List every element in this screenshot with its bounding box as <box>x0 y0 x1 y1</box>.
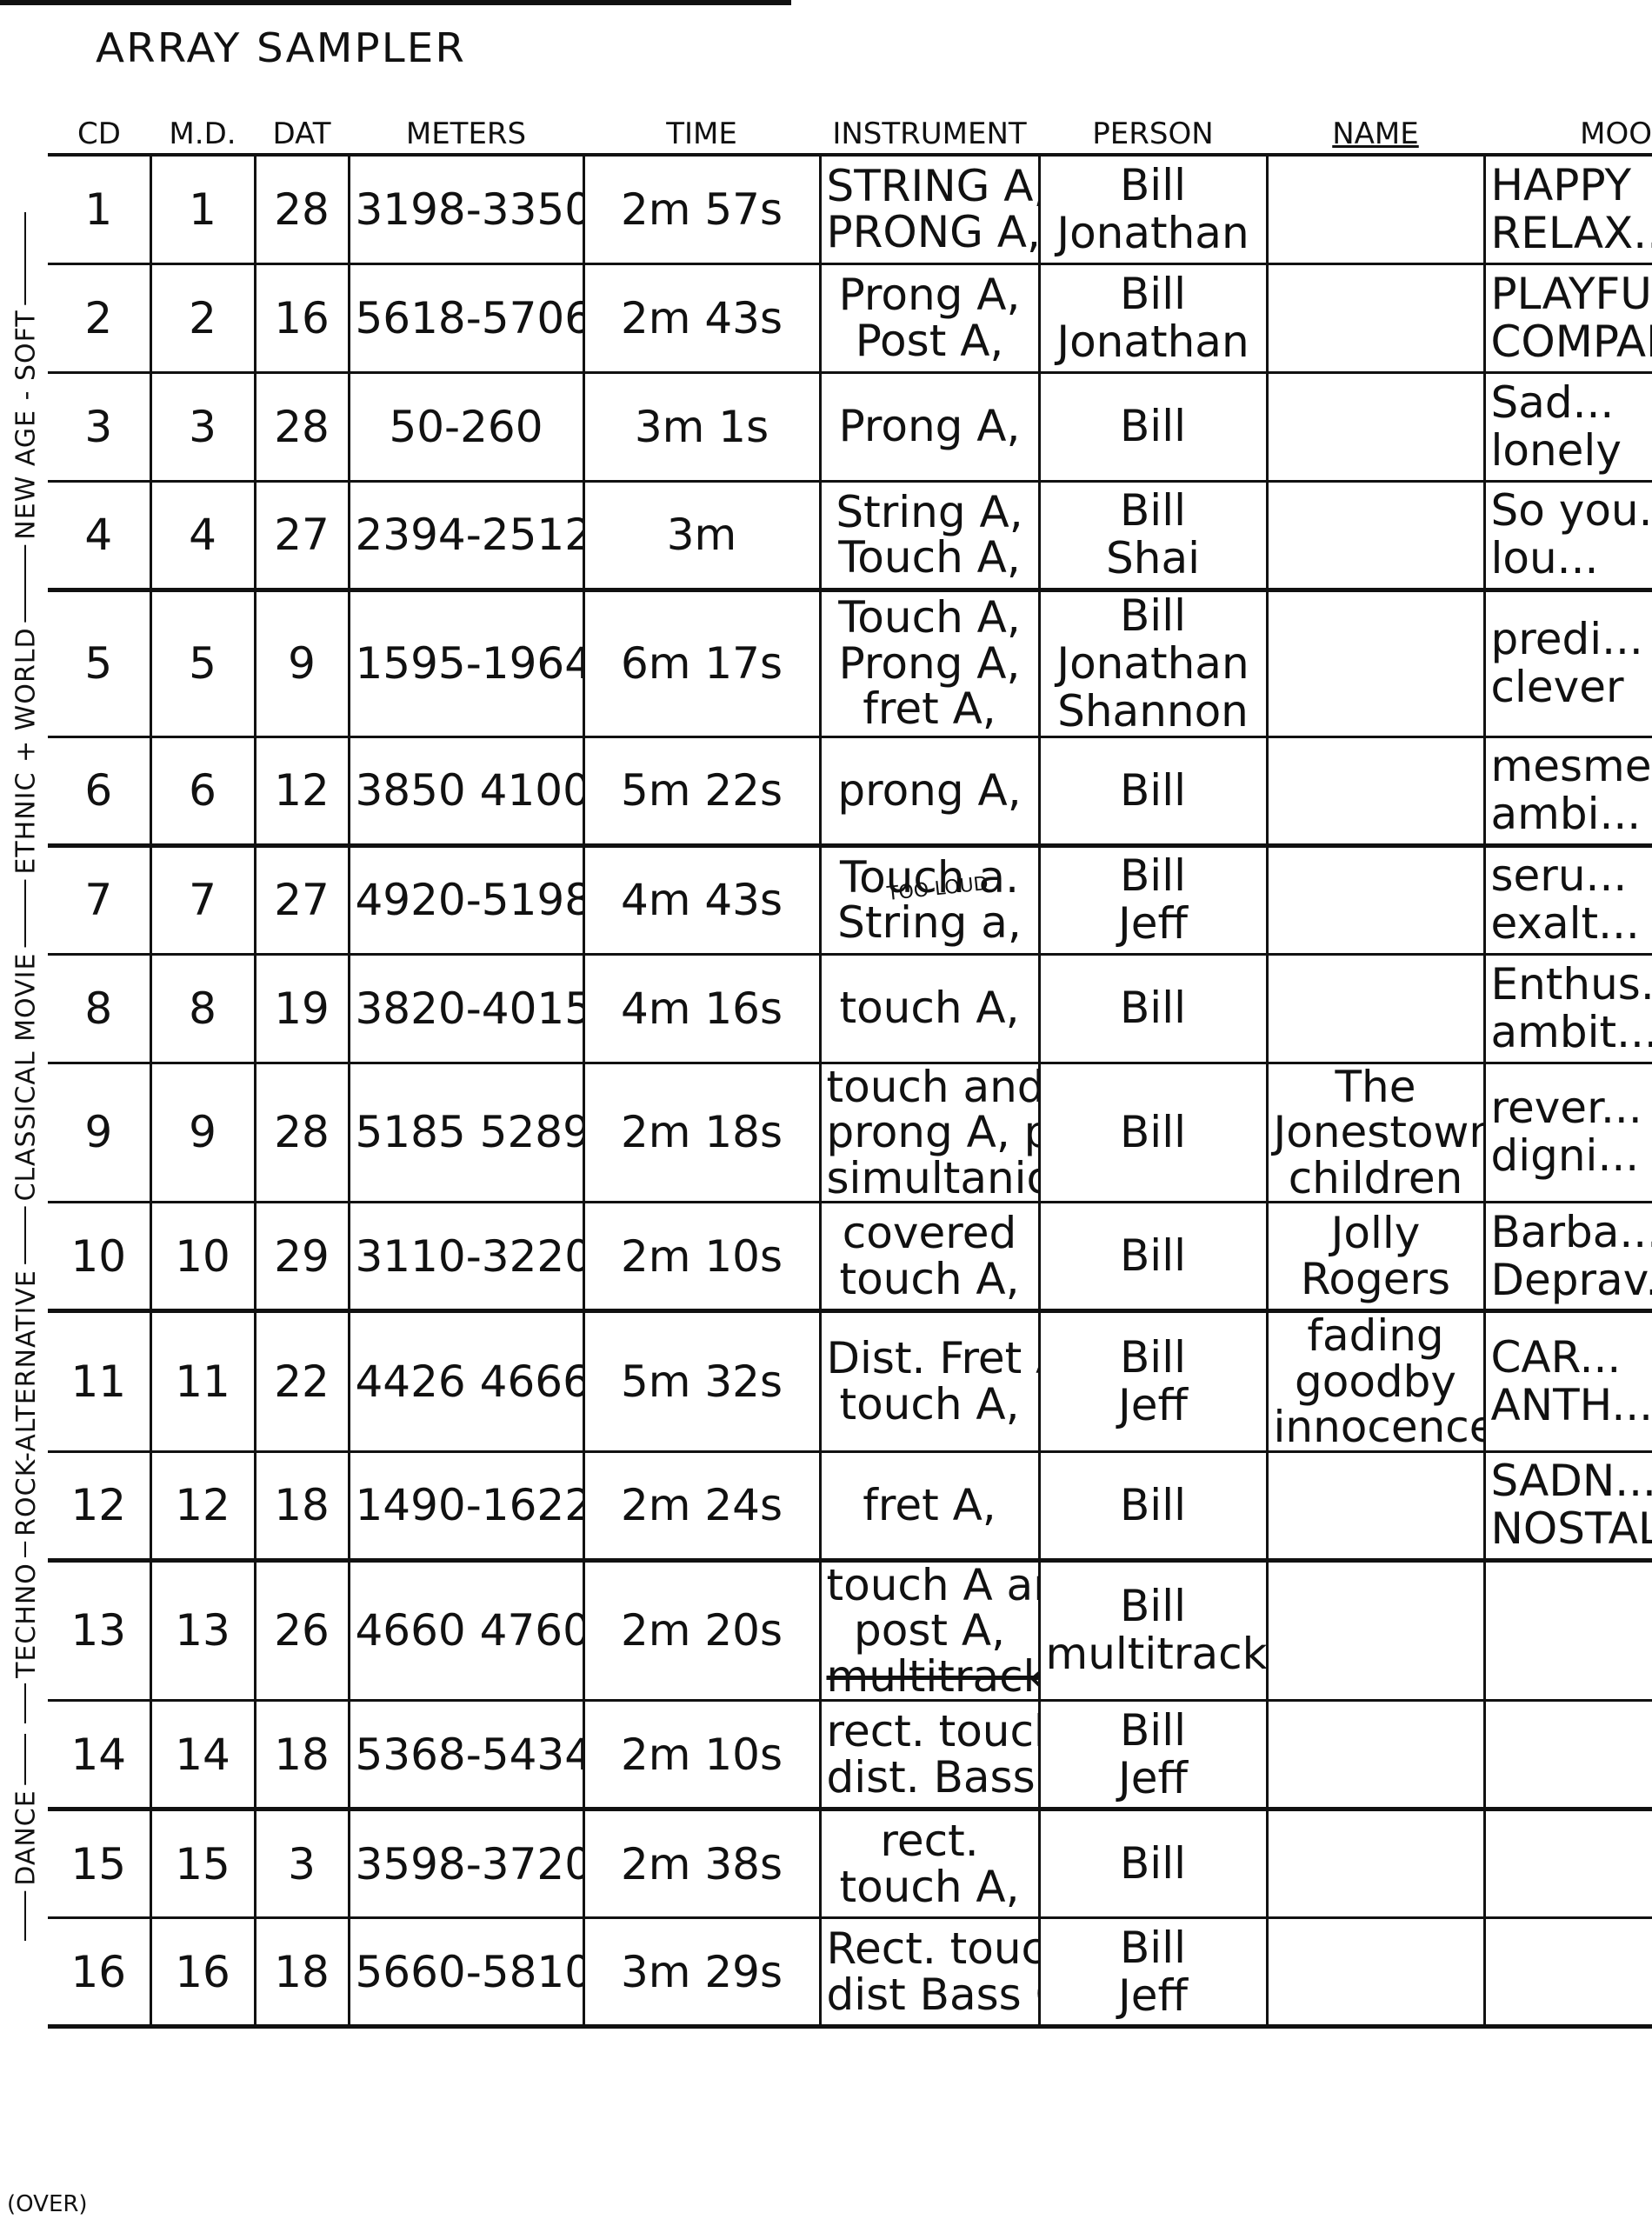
person-cell: Bill <box>1039 1203 1267 1311</box>
column-header-meters: METERS <box>349 103 583 155</box>
person-line: Jonathan <box>1046 640 1261 688</box>
mood-cell: seru...exalt... <box>1484 845 1652 954</box>
instrument-line: touch A, <box>827 1864 1033 1910</box>
meters-cell: 5368-5434 <box>349 1701 583 1809</box>
person-line: Bill <box>1046 1583 1261 1630</box>
meters-cell: 4660 4760 <box>349 1560 583 1701</box>
name-line: children <box>1274 1156 1478 1202</box>
dat-cell: 16 <box>255 263 349 372</box>
mood-line: clever <box>1491 663 1648 711</box>
person-cell: Billmultitrack <box>1039 1560 1267 1701</box>
person-line: Jeff <box>1046 1382 1261 1430</box>
dat-cell: 27 <box>255 845 349 954</box>
table-row: 11283198-33502m 57sSTRING A,PRONG A,Bill… <box>48 155 1652 263</box>
instrument-line: dist Bass G, <box>827 1972 1033 2018</box>
name-cell: fadinggoodbyinnocence <box>1267 1311 1484 1452</box>
table-row: 22165618-57062m 43sProng A,Post A,BillJo… <box>48 263 1652 372</box>
continued-over-note: (OVER) <box>7 2191 88 2217</box>
mood-line: Sad... <box>1491 379 1648 427</box>
genre-label: ROCK-ALTERNATIVE <box>0 1294 52 1511</box>
instrument-line: Prong A, <box>827 641 1033 687</box>
mood-line: PLAYFU... <box>1491 270 1648 318</box>
mood-line: predi... <box>1491 616 1648 663</box>
genre-label-text: ROCK-ALTERNATIVE <box>11 1264 42 1542</box>
mood-cell <box>1484 1809 1652 1918</box>
instrument-cell: rect.touch A, <box>820 1809 1039 1918</box>
cd-cell: 2 <box>48 263 150 372</box>
column-header-row: CDM.D.DATMETERSTIMEINSTRUMENTPERSONNAMEM… <box>48 103 1652 155</box>
genre-label: CLASSICAL MOVIE <box>0 859 52 1294</box>
mood-line: exalt... <box>1491 900 1648 948</box>
mood-line: lonely <box>1491 427 1648 475</box>
person-line: Bill <box>1046 1840 1261 1888</box>
instrument-line: fret A, <box>827 1483 1033 1529</box>
genre-label: ETHNIC + WORLD <box>0 642 52 859</box>
dat-cell: 28 <box>255 155 349 263</box>
instrument-cell: Prong A, <box>820 372 1039 481</box>
time-cell: 5m 32s <box>583 1311 820 1452</box>
instrument-line: simultaniously <box>827 1156 1033 1202</box>
genre-label-text: NEW AGE - SOFT <box>11 304 42 544</box>
mood-line: rever... <box>1491 1084 1648 1132</box>
instrument-line: Touch A, <box>827 535 1033 581</box>
person-cell: BillJeff <box>1039 1701 1267 1809</box>
instrument-line: fret A, <box>827 686 1033 732</box>
dat-cell: 18 <box>255 1701 349 1809</box>
person-cell: Bill <box>1039 954 1267 1063</box>
name-cell <box>1267 1809 1484 1918</box>
person-line: Bill <box>1046 1334 1261 1382</box>
meters-cell: 5660-5810 <box>349 1918 583 2027</box>
name-cell <box>1267 1560 1484 1701</box>
md-cell: 1 <box>150 155 255 263</box>
sampler-log-sheet: CDM.D.DATMETERSTIMEINSTRUMENTPERSONNAMEM… <box>48 103 1652 2029</box>
column-header-md: M.D. <box>150 103 255 155</box>
md-cell: 2 <box>150 263 255 372</box>
dat-cell: 12 <box>255 736 349 845</box>
md-cell: 10 <box>150 1203 255 1311</box>
instrument-line: Rect. touch A, <box>827 1926 1033 1972</box>
name-cell <box>1267 372 1484 481</box>
instrument-line: touch A, <box>827 985 1033 1031</box>
genre-label-text: DANCE <box>11 1784 42 1890</box>
instrument-cell: prong A, <box>820 736 1039 845</box>
mood-line: Barba... <box>1491 1209 1648 1256</box>
instrument-line: post A, <box>827 1608 1033 1654</box>
meters-cell: 50-260 <box>349 372 583 481</box>
column-header-time: TIME <box>583 103 820 155</box>
md-cell: 15 <box>150 1809 255 1918</box>
time-cell: 2m 20s <box>583 1560 820 1701</box>
instrument-line: prong A, <box>827 768 1033 814</box>
instrument-line: String a, <box>827 900 1033 946</box>
table-row: 1313264660 47602m 20stouch A andpost A,m… <box>48 1560 1652 1701</box>
cd-cell: 9 <box>48 1063 150 1203</box>
instrument-line: String A, <box>827 490 1033 536</box>
md-cell: 13 <box>150 1560 255 1701</box>
person-cell: Bill <box>1039 1451 1267 1560</box>
name-cell <box>1267 1918 1484 2027</box>
person-line: Bill <box>1046 852 1261 900</box>
md-cell: 8 <box>150 954 255 1063</box>
mood-line: So you... <box>1491 487 1648 535</box>
meters-cell: 3820-4015 <box>349 954 583 1063</box>
mood-line: mesme... <box>1491 743 1648 790</box>
person-cell: BillJonathan <box>1039 263 1267 372</box>
name-cell <box>1267 263 1484 372</box>
mood-line: Enthus... <box>1491 961 1648 1009</box>
mood-cell: mesme...ambi... <box>1484 736 1652 845</box>
name-line: Rogers <box>1274 1256 1478 1303</box>
column-header-mood: MOO <box>1484 103 1652 155</box>
meters-cell: 3110-3220 <box>349 1203 583 1311</box>
person-line: Jonathan <box>1046 318 1261 366</box>
mood-line: lou... <box>1491 535 1648 583</box>
genre-label-text: TECHNO <box>11 1557 42 1683</box>
md-cell: 9 <box>150 1063 255 1203</box>
person-cell: BillShai <box>1039 481 1267 590</box>
instrument-cell: Prong A,Post A, <box>820 263 1039 372</box>
name-cell: TheJonestownchildren <box>1267 1063 1484 1203</box>
mood-cell: Sad...lonely <box>1484 372 1652 481</box>
person-cell: BillJeff <box>1039 1311 1267 1452</box>
person-line: Bill <box>1046 592 1261 640</box>
name-cell <box>1267 845 1484 954</box>
person-line: Bill <box>1046 767 1261 815</box>
person-line: Bill <box>1046 1924 1261 1972</box>
dat-cell: 18 <box>255 1451 349 1560</box>
instrument-cell: rect. touch A,dist. Bass G, <box>820 1701 1039 1809</box>
cd-cell: 11 <box>48 1311 150 1452</box>
md-cell: 12 <box>150 1451 255 1560</box>
instrument-cell: fret A, <box>820 1451 1039 1560</box>
person-cell: Bill <box>1039 1063 1267 1203</box>
name-cell <box>1267 736 1484 845</box>
column-header-person: PERSON <box>1039 103 1267 155</box>
column-header-instrument: INSTRUMENT <box>820 103 1039 155</box>
mood-line: HAPPY <box>1491 162 1648 210</box>
md-cell: 3 <box>150 372 255 481</box>
person-line: Bill <box>1046 1482 1261 1530</box>
scan-edge-bar <box>0 0 791 5</box>
cd-cell: 7 <box>48 845 150 954</box>
time-cell: 6m 17s <box>583 590 820 736</box>
meters-cell: 4920-5198 <box>349 845 583 954</box>
dat-cell: 27 <box>255 481 349 590</box>
meters-cell: 1490-1622 <box>349 1451 583 1560</box>
instrument-cell: touch andprong A, playedsimultaniously <box>820 1063 1039 1203</box>
person-line: Bill <box>1046 162 1261 210</box>
mood-line: digni... <box>1491 1132 1648 1180</box>
cd-cell: 12 <box>48 1451 150 1560</box>
time-cell: 2m 24s <box>583 1451 820 1560</box>
cd-cell: 16 <box>48 1918 150 2027</box>
meters-cell: 3198-3350 <box>349 155 583 263</box>
table-row: 1616185660-58103m 29sRect. touch A,dist … <box>48 1918 1652 2027</box>
table-row: 1010293110-32202m 10scoveredtouch A,Bill… <box>48 1203 1652 1311</box>
person-cell: Bill <box>1039 372 1267 481</box>
mood-line: Deprav... <box>1491 1256 1648 1304</box>
genre-label: DANCE <box>0 1729 52 1946</box>
person-line: Bill <box>1046 984 1261 1032</box>
person-cell: Bill <box>1039 736 1267 845</box>
person-line: Bill <box>1046 403 1261 450</box>
mood-cell: Barba...Deprav... <box>1484 1203 1652 1311</box>
mood-line: RELAX... <box>1491 210 1648 257</box>
instrument-line: Prong A, <box>827 403 1033 450</box>
time-cell: 2m 10s <box>583 1701 820 1809</box>
meters-cell: 2394-2512 <box>349 481 583 590</box>
cd-cell: 14 <box>48 1701 150 1809</box>
person-line: Jeff <box>1046 1972 1261 2020</box>
mood-line: SADN... <box>1491 1457 1648 1505</box>
document-title: ARRAY SAMPLER <box>96 24 466 71</box>
md-cell: 11 <box>150 1311 255 1452</box>
instrument-line: dist. Bass G, <box>827 1755 1033 1801</box>
person-line: Jonathan <box>1046 210 1261 257</box>
person-line: Bill <box>1046 270 1261 318</box>
instrument-line: touch and <box>827 1064 1033 1110</box>
time-cell: 4m 16s <box>583 954 820 1063</box>
person-line: Shannon <box>1046 688 1261 736</box>
mood-cell: SADN...NOSTAL... <box>1484 1451 1652 1560</box>
mood-cell: predi...clever <box>1484 590 1652 736</box>
person-line: Bill <box>1046 1707 1261 1755</box>
name-cell <box>1267 590 1484 736</box>
mood-line: NOSTAL... <box>1491 1505 1648 1553</box>
name-line: fading <box>1274 1313 1478 1359</box>
person-cell: BillJonathanShannon <box>1039 590 1267 736</box>
sampler-log-table: CDM.D.DATMETERSTIMEINSTRUMENTPERSONNAMEM… <box>48 103 1652 2029</box>
table-row: 44272394-25123mString A,Touch A,BillShai… <box>48 481 1652 590</box>
mood-line: ambi... <box>1491 790 1648 838</box>
name-cell <box>1267 481 1484 590</box>
table-row: 332850-2603m 1sProng A,BillSad...lonely <box>48 372 1652 481</box>
time-cell: 2m 18s <box>583 1063 820 1203</box>
table-row: 5591595-19646m 17sTouch A,Prong A,fret A… <box>48 590 1652 736</box>
table-row: 1414185368-54342m 10srect. touch A,dist.… <box>48 1701 1652 1809</box>
mood-cell: Enthus...ambit... <box>1484 954 1652 1063</box>
table-row: 77274920-51984m 43sTouch a.String a,Bill… <box>48 845 1652 954</box>
cd-cell: 15 <box>48 1809 150 1918</box>
time-cell: 2m 43s <box>583 263 820 372</box>
cd-cell: 13 <box>48 1560 150 1701</box>
meters-cell: 5618-5706 <box>349 263 583 372</box>
instrument-line: touch A and <box>827 1563 1033 1609</box>
md-cell: 16 <box>150 1918 255 2027</box>
genre-label: TECHNO <box>0 1511 52 1729</box>
mood-cell: So you...lou... <box>1484 481 1652 590</box>
person-cell: BillJonathan <box>1039 155 1267 263</box>
dat-cell: 22 <box>255 1311 349 1452</box>
time-cell: 2m 10s <box>583 1203 820 1311</box>
mood-cell <box>1484 1701 1652 1809</box>
dat-cell: 19 <box>255 954 349 1063</box>
mood-cell <box>1484 1560 1652 1701</box>
instrument-line: Touch A, <box>827 595 1033 641</box>
name-line: innocence <box>1274 1404 1478 1450</box>
person-cell: BillJeff <box>1039 845 1267 954</box>
md-cell: 7 <box>150 845 255 954</box>
meters-cell: 1595-1964 <box>349 590 583 736</box>
time-cell: 3m 29s <box>583 1918 820 2027</box>
instrument-cell: Rect. touch A,dist Bass G, <box>820 1918 1039 2027</box>
person-line: Bill <box>1046 1232 1261 1280</box>
time-cell: 5m 22s <box>583 736 820 845</box>
instrument-line: rect. touch A, <box>827 1709 1033 1755</box>
mood-cell: rever...digni... <box>1484 1063 1652 1203</box>
dat-cell: 29 <box>255 1203 349 1311</box>
meters-cell: 5185 5289 <box>349 1063 583 1203</box>
cd-cell: 6 <box>48 736 150 845</box>
mood-line: CAR... <box>1491 1334 1648 1382</box>
mood-line: COMPANI... <box>1491 318 1648 366</box>
column-header-dat: DAT <box>255 103 349 155</box>
instrument-line: Dist. Fret A, <box>827 1336 1033 1382</box>
cd-cell: 8 <box>48 954 150 1063</box>
dat-cell: 18 <box>255 1918 349 2027</box>
dat-cell: 26 <box>255 1560 349 1701</box>
mood-line: seru... <box>1491 852 1648 900</box>
instrument-line: prong A, played <box>827 1110 1033 1156</box>
instrument-line: touch A, <box>827 1256 1033 1303</box>
name-line: Jolly <box>1274 1210 1478 1256</box>
instrument-line: touch A, <box>827 1382 1033 1428</box>
instrument-line: rect. <box>827 1818 1033 1864</box>
time-cell: 3m <box>583 481 820 590</box>
instrument-cell: STRING A,PRONG A, <box>820 155 1039 263</box>
dat-cell: 3 <box>255 1809 349 1918</box>
name-line: goodby <box>1274 1359 1478 1405</box>
md-cell: 14 <box>150 1701 255 1809</box>
meters-cell: 3850 4100 <box>349 736 583 845</box>
genre-label-text: ETHNIC + WORLD <box>11 622 42 879</box>
md-cell: 6 <box>150 736 255 845</box>
time-cell: 3m 1s <box>583 372 820 481</box>
cd-cell: 1 <box>48 155 150 263</box>
genre-labels: NEW AGE - SOFTETHNIC + WORLDCLASSICAL MO… <box>0 103 52 2224</box>
column-header-cd: CD <box>48 103 150 155</box>
name-cell <box>1267 1701 1484 1809</box>
instrument-line: multitrack <box>827 1654 1033 1700</box>
time-cell: 4m 43s <box>583 845 820 954</box>
md-cell: 5 <box>150 590 255 736</box>
cd-cell: 10 <box>48 1203 150 1311</box>
dat-cell: 28 <box>255 372 349 481</box>
instrument-line: covered <box>827 1210 1033 1256</box>
name-cell <box>1267 1451 1484 1560</box>
instrument-cell: coveredtouch A, <box>820 1203 1039 1311</box>
table-row: 66123850 41005m 22sprong A,Billmesme...a… <box>48 736 1652 845</box>
instrument-line: PRONG A, <box>827 210 1033 256</box>
time-cell: 2m 57s <box>583 155 820 263</box>
person-cell: BillJeff <box>1039 1918 1267 2027</box>
mood-cell <box>1484 1918 1652 2027</box>
genre-label-text: CLASSICAL MOVIE <box>11 947 42 1206</box>
mood-cell: PLAYFU...COMPANI... <box>1484 263 1652 372</box>
mood-line: ANTH... <box>1491 1382 1648 1430</box>
name-cell <box>1267 155 1484 263</box>
genre-label: NEW AGE - SOFT <box>0 207 52 642</box>
person-cell: Bill <box>1039 1809 1267 1918</box>
dat-cell: 28 <box>255 1063 349 1203</box>
person-line: multitrack <box>1046 1630 1261 1678</box>
table-row: 1212181490-16222m 24sfret A,BillSADN...N… <box>48 1451 1652 1560</box>
mood-line: ambit... <box>1491 1009 1648 1056</box>
cd-cell: 5 <box>48 590 150 736</box>
table-row: 99285185 52892m 18stouch andprong A, pla… <box>48 1063 1652 1203</box>
person-line: Shai <box>1046 535 1261 583</box>
instrument-cell: Dist. Fret A,touch A, <box>820 1311 1039 1452</box>
table-row: 1111224426 46665m 32sDist. Fret A,touch … <box>48 1311 1652 1452</box>
instrument-line: Post A, <box>827 318 1033 364</box>
instrument-cell: String A,Touch A, <box>820 481 1039 590</box>
meters-cell: 4426 4666 <box>349 1311 583 1452</box>
instrument-cell: Touch A,Prong A,fret A, <box>820 590 1039 736</box>
md-cell: 4 <box>150 481 255 590</box>
table-row: 151533598-37202m 38srect.touch A,Bill <box>48 1809 1652 1918</box>
person-line: Bill <box>1046 1109 1261 1156</box>
name-cell: JollyRogers <box>1267 1203 1484 1311</box>
meters-cell: 3598-3720 <box>349 1809 583 1918</box>
instrument-line: Prong A, <box>827 272 1033 318</box>
mood-cell: HAPPYRELAX... <box>1484 155 1652 263</box>
mood-cell: CAR...ANTH... <box>1484 1311 1652 1452</box>
instrument-line: STRING A, <box>827 163 1033 210</box>
table-row: 88193820-40154m 16stouch A,BillEnthus...… <box>48 954 1652 1063</box>
column-header-name: NAME <box>1267 103 1484 155</box>
dat-cell: 9 <box>255 590 349 736</box>
cd-cell: 3 <box>48 372 150 481</box>
person-line: Jeff <box>1046 1755 1261 1803</box>
instrument-cell: touch A, <box>820 954 1039 1063</box>
name-line: The <box>1274 1064 1478 1110</box>
time-cell: 2m 38s <box>583 1809 820 1918</box>
person-line: Bill <box>1046 487 1261 535</box>
cd-cell: 4 <box>48 481 150 590</box>
instrument-cell: touch A andpost A,multitrack <box>820 1560 1039 1701</box>
name-cell <box>1267 954 1484 1063</box>
person-line: Jeff <box>1046 900 1261 948</box>
name-line: Jonestown <box>1274 1110 1478 1156</box>
